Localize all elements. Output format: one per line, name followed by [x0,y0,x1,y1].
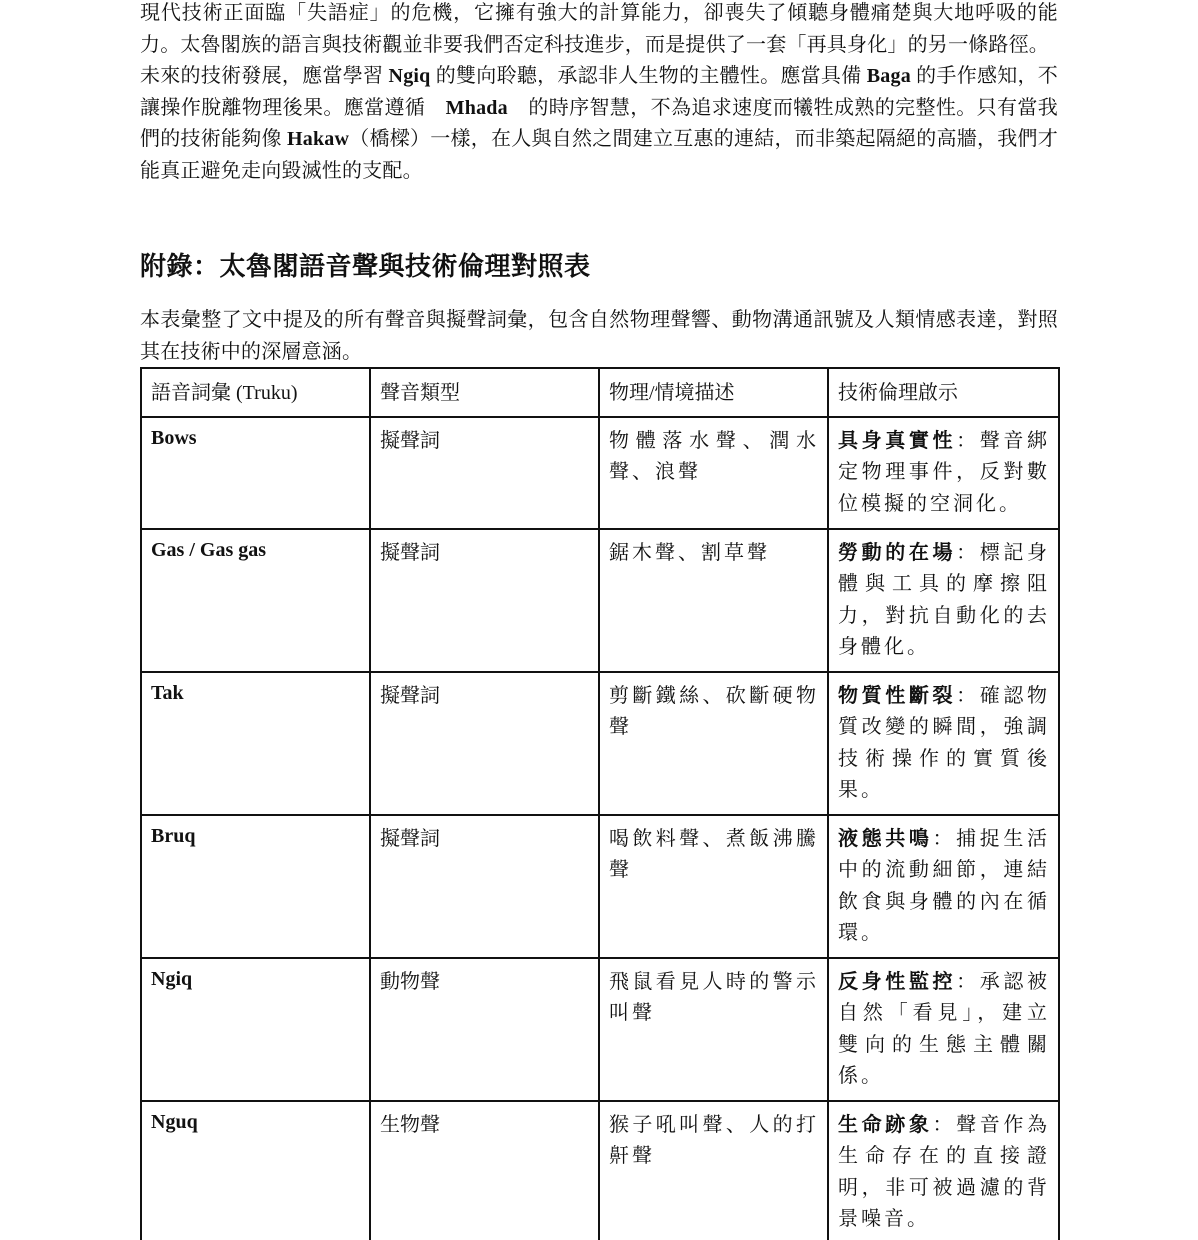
header-term: 語音詞彙 (Truku) [141,368,370,417]
table-row: Tak 擬聲詞 剪斷鐵絲、砍斷硬物聲 物質性斷裂：確認物質改變的瞬間，強調技術操… [141,672,1059,815]
paragraph-2-text: 的雙向聆聽，承認非人生物的主體性。應當具備 [430,65,866,87]
cell-description: 鋸木聲、割草聲 [599,529,828,672]
cell-ethic: 具身真實性：聲音綁定物理事件，反對數位模擬的空洞化。 [828,417,1059,529]
cell-term: Ngiq [141,958,370,1101]
term-mhada: Mhada [446,97,508,119]
table-row: Bows 擬聲詞 物體落水聲、潤水聲、浪聲 具身真實性：聲音綁定物理事件，反對數… [141,417,1059,529]
table-row: Bruq 擬聲詞 喝飲料聲、煮飯沸騰聲 液態共鳴：捕捉生活中的流動細節，連結飲食… [141,815,1059,958]
paragraph-1-text: 現代技術正面臨「失語症」的危機，它擁有強大的計算能力，卻喪失了傾聽身體痛楚與大地… [140,2,1058,56]
cell-term: Nguq [141,1101,370,1240]
ethic-key: 物質性斷裂 [838,685,956,707]
cell-type: 動物聲 [370,958,599,1101]
cell-type: 擬聲詞 [370,815,599,958]
cell-term: Bows [141,417,370,529]
table-row: Ngiq 動物聲 飛鼠看見人時的警示叫聲 反身性監控：承認被自然「看見」，建立雙… [141,958,1059,1101]
cell-description: 剪斷鐵絲、砍斷硬物聲 [599,672,828,815]
ethic-key: 具身真實性 [838,430,956,452]
cell-term: Bruq [141,815,370,958]
appendix-intro: 本表彙整了文中提及的所有聲音與擬聲詞彙，包含自然物理聲響、動物溝通訊號及人類情感… [140,305,1058,368]
cell-ethic: 勞動的在場：標記身體與工具的摩擦阻力，對抗自動化的去身體化。 [828,529,1059,672]
cell-description: 飛鼠看見人時的警示叫聲 [599,958,828,1101]
cell-term: Tak [141,672,370,815]
term-baga: Baga [867,65,911,87]
appendix-table: 語音詞彙 (Truku) 聲音類型 物理/情境描述 技術倫理啟示 Bows 擬聲… [140,367,1060,1240]
ethic-key: 液態共鳴 [838,828,933,850]
cell-ethic: 物質性斷裂：確認物質改變的瞬間，強調技術操作的實質後果。 [828,672,1059,815]
cell-description: 喝飲料聲、煮飯沸騰聲 [599,815,828,958]
term-hakaw: Hakaw [287,128,349,150]
term-ngiq: Ngiq [389,65,431,87]
header-ethic: 技術倫理啟示 [828,368,1059,417]
paragraph-1: 現代技術正面臨「失語症」的危機，它擁有強大的計算能力，卻喪失了傾聽身體痛楚與大地… [140,0,1058,61]
cell-type: 生物聲 [370,1101,599,1240]
cell-ethic: 液態共鳴：捕捉生活中的流動細節，連結飲食與身體的內在循環。 [828,815,1059,958]
header-description: 物理/情境描述 [599,368,828,417]
cell-ethic: 反身性監控：承認被自然「看見」，建立雙向的生態主體關係。 [828,958,1059,1101]
paragraph-2: 未來的技術發展，應當學習 Ngiq 的雙向聆聽，承認非人生物的主體性。應當具備 … [140,61,1058,187]
appendix-heading: 附錄：太魯閣語音聲與技術倫理對照表 [140,246,591,283]
ethic-key: 反身性監控 [838,971,956,993]
paragraph-2-text: 未來的技術發展，應當學習 [140,65,389,87]
cell-type: 擬聲詞 [370,672,599,815]
cell-type: 擬聲詞 [370,417,599,529]
cell-description: 物體落水聲、潤水聲、浪聲 [599,417,828,529]
ethic-key: 勞動的在場 [838,542,956,564]
document-page: 現代技術正面臨「失語症」的危機，它擁有強大的計算能力，卻喪失了傾聽身體痛楚與大地… [140,0,1058,187]
table-row: Gas / Gas gas 擬聲詞 鋸木聲、割草聲 勞動的在場：標記身體與工具的… [141,529,1059,672]
ethic-key: 生命跡象 [838,1114,933,1136]
cell-term: Gas / Gas gas [141,529,370,672]
header-type: 聲音類型 [370,368,599,417]
table-row: Nguq 生物聲 猴子吼叫聲、人的打鼾聲 生命跡象：聲音作為生命存在的直接證明，… [141,1101,1059,1240]
cell-ethic: 生命跡象：聲音作為生命存在的直接證明，非可被過濾的背景噪音。 [828,1101,1059,1240]
cell-type: 擬聲詞 [370,529,599,672]
table-header-row: 語音詞彙 (Truku) 聲音類型 物理/情境描述 技術倫理啟示 [141,368,1059,417]
cell-description: 猴子吼叫聲、人的打鼾聲 [599,1101,828,1240]
